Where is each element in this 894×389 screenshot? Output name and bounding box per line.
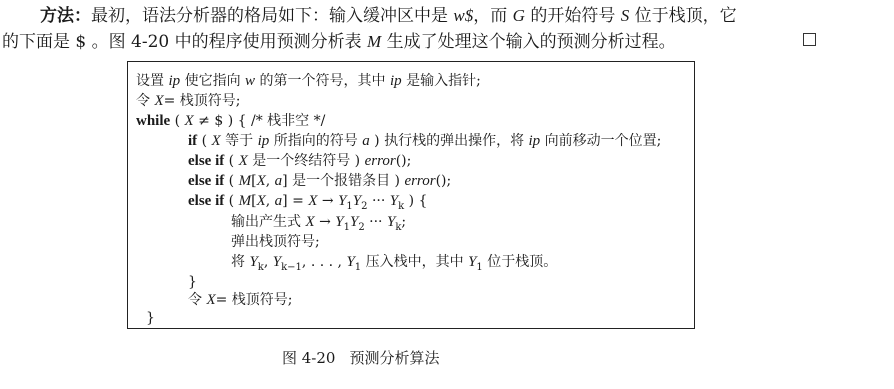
figure-caption: 图 4-20预测分析算法 [282, 347, 439, 368]
method-label: 方法： [40, 6, 91, 26]
algo-line: 将 Yk, Yk−1, . . . , Y1 压入栈中，其中 Y1 位于栈顶。 [231, 253, 557, 277]
algo-line: 令 X= 栈顶符号; [188, 291, 293, 309]
text-segment: 位于栈顶，它 [629, 6, 736, 26]
math-symbol: M [367, 32, 381, 51]
figure-title: 预测分析算法 [349, 349, 439, 367]
algo-line: else if ( M[X, a] 是一个报错条目 ) error(); [188, 172, 451, 190]
end-of-proof-icon [803, 33, 816, 46]
algo-line: 设置 ip 使它指向 w 的第一个符号，其中 ip 是输入指针; [136, 72, 481, 90]
math-symbol: w$ [453, 6, 473, 25]
math-symbol: G [513, 6, 525, 25]
algorithm-box: 设置 ip 使它指向 w 的第一个符号，其中 ip 是输入指针; 令 X= 栈顶… [127, 61, 695, 329]
paragraph-line-2: 的下面是 $ 。图 4-20 中的程序使用预测分析表 M 生成了处理这个输入的预… [2, 29, 676, 55]
algo-line: else if ( X 是一个终结符号 ) error(); [188, 152, 411, 170]
text-segment: 的下面是 $ 。图 4-20 中的程序使用预测分析表 [2, 32, 367, 52]
algo-line: 弹出栈顶符号; [231, 233, 320, 251]
text-segment: 生成了处理这个输入的预测分析过程。 [381, 32, 675, 52]
math-symbol: S [621, 6, 630, 25]
algo-line: 令 X= 栈顶符号; [136, 92, 241, 110]
figure-number: 图 4-20 [282, 349, 335, 367]
algo-line: if ( X 等于 ip 所指向的符号 a ) 执行栈的弹出操作，将 ip 向前… [188, 132, 661, 150]
text-segment: 最初，语法分析器的格局如下：输入缓冲区中是 [91, 6, 453, 26]
algo-line: while ( X ≠ $ ) { /* 栈非空 */ [136, 112, 325, 130]
paragraph-line-1: 方法：最初，语法分析器的格局如下：输入缓冲区中是 w$，而 G 的开始符号 S … [40, 3, 737, 29]
algo-line: } [188, 273, 197, 291]
text-segment: 的开始符号 [525, 6, 621, 26]
text-segment: ，而 [473, 6, 512, 26]
algo-line: } [146, 309, 155, 327]
